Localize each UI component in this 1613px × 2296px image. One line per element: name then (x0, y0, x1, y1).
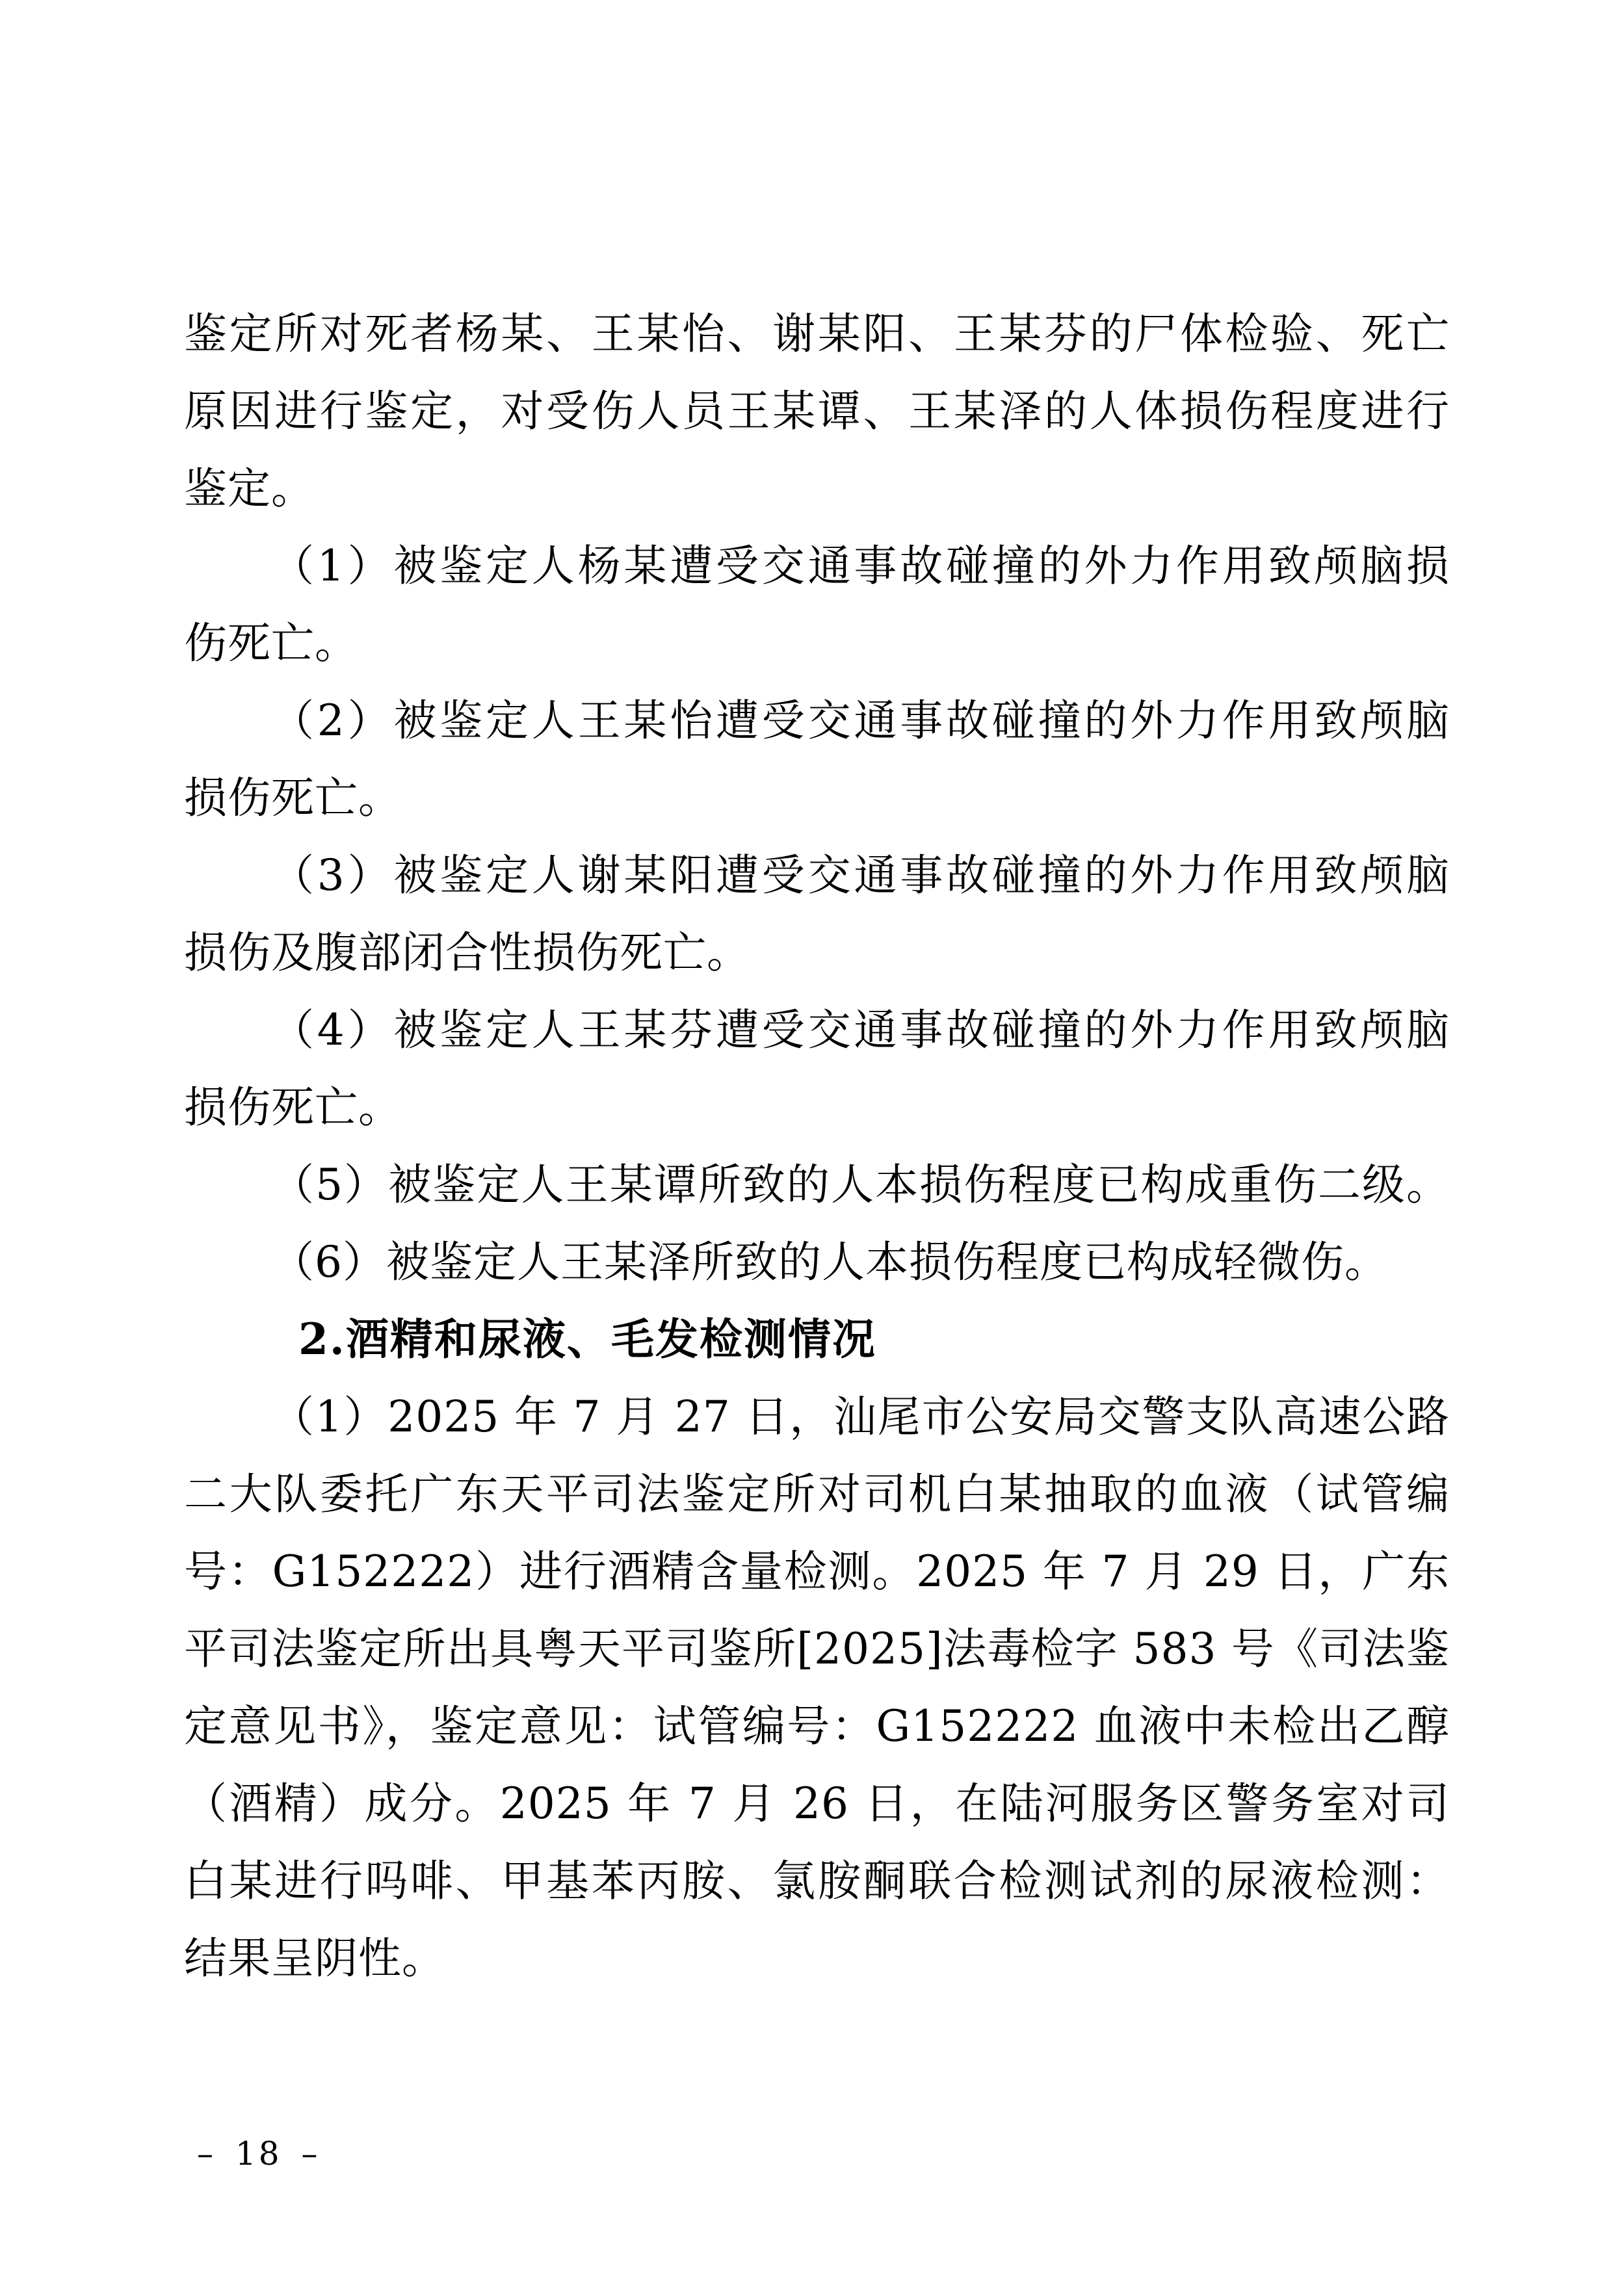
text-line: 鉴定所对死者杨某、王某怡、谢某阳、王某芬的尸体检验、死亡 (184, 295, 1450, 372)
text-line: 定意见书》，鉴定意见：试管编号：G152222 血液中未检出乙醇 (184, 1688, 1450, 1765)
text-line: （1）2025 年 7 月 27 日，汕尾市公安局交警支队高速公路 (184, 1378, 1450, 1455)
text-line: （1）被鉴定人杨某遭受交通事故碰撞的外力作用致颅脑损 (184, 527, 1450, 605)
text-line: 损伤死亡。 (184, 759, 1450, 837)
text-line: 平司法鉴定所出具粤天平司鉴所[2025]法毒检字 583 号《司法鉴 (184, 1610, 1450, 1688)
paragraph: （2）被鉴定人王某怡遭受交通事故碰撞的外力作用致颅脑 损伤死亡。 (184, 682, 1450, 837)
text-line: （3）被鉴定人谢某阳遭受交通事故碰撞的外力作用致颅脑 (184, 837, 1450, 914)
text-line: 损伤及腹部闭合性损伤死亡。 (184, 914, 1450, 991)
paragraph: （1）被鉴定人杨某遭受交通事故碰撞的外力作用致颅脑损 伤死亡。 (184, 527, 1450, 682)
page-number: – 18 – (197, 2131, 320, 2176)
paragraph: （6）被鉴定人王某泽所致的人本损伤程度已构成轻微伤。 (184, 1223, 1450, 1301)
paragraph: （3）被鉴定人谢某阳遭受交通事故碰撞的外力作用致颅脑 损伤及腹部闭合性损伤死亡。 (184, 837, 1450, 991)
text-line: 损伤死亡。 (184, 1069, 1450, 1146)
section: 2.酒精和尿液、毛发检测情况 (184, 1301, 1450, 1378)
text-line: 二大队委托广东天平司法鉴定所对司机白某抽取的血液（试管编 (184, 1455, 1450, 1533)
text-line: （2）被鉴定人王某怡遭受交通事故碰撞的外力作用致颅脑 (184, 682, 1450, 759)
document-text-block: 鉴定所对死者杨某、王某怡、谢某阳、王某芬的尸体检验、死亡 原因进行鉴定，对受伤人… (184, 295, 1450, 1997)
paragraph: （5）被鉴定人王某谭所致的人本损伤程度已构成重伤二级。 (184, 1146, 1450, 1223)
paragraph: （4）被鉴定人王某芬遭受交通事故碰撞的外力作用致颅脑 损伤死亡。 (184, 991, 1450, 1146)
text-line: 鉴定。 (184, 450, 1450, 527)
text-line: （5）被鉴定人王某谭所致的人本损伤程度已构成重伤二级。 (184, 1146, 1450, 1223)
section-heading: 2.酒精和尿液、毛发检测情况 (184, 1301, 1450, 1378)
text-line: 伤死亡。 (184, 605, 1450, 682)
text-line: 白某进行吗啡、甲基苯丙胺、氯胺酮联合检测试剂的尿液检测： (184, 1842, 1450, 1920)
text-line: （酒精）成分。2025 年 7 月 26 日，在陆河服务区警务室对司机 (184, 1765, 1450, 1842)
paragraph: （1）2025 年 7 月 27 日，汕尾市公安局交警支队高速公路 二大队委托广… (184, 1378, 1450, 1997)
text-line: （4）被鉴定人王某芬遭受交通事故碰撞的外力作用致颅脑 (184, 991, 1450, 1069)
text-line: 号：G152222）进行酒精含量检测。2025 年 7 月 29 日，广东天 (184, 1533, 1450, 1610)
text-line: （6）被鉴定人王某泽所致的人本损伤程度已构成轻微伤。 (184, 1223, 1450, 1301)
text-line: 结果呈阴性。 (184, 1920, 1450, 1997)
paragraph: 鉴定所对死者杨某、王某怡、谢某阳、王某芬的尸体检验、死亡 原因进行鉴定，对受伤人… (184, 295, 1450, 527)
text-line: 原因进行鉴定，对受伤人员王某谭、王某泽的人体损伤程度进行 (184, 372, 1450, 450)
document-page: 鉴定所对死者杨某、王某怡、谢某阳、王某芬的尸体检验、死亡 原因进行鉴定，对受伤人… (0, 0, 1613, 2296)
